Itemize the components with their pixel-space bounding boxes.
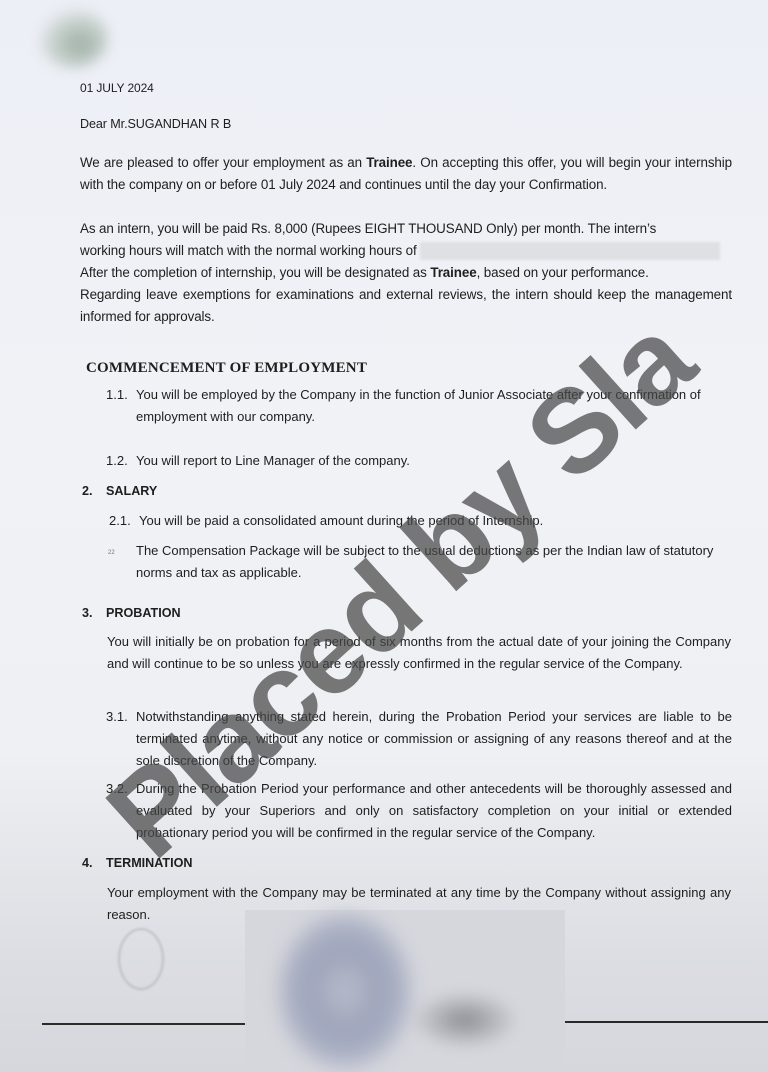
clause-text: Notwithstanding anything stated herein, … [136, 706, 732, 772]
role-name: Trainee [366, 155, 412, 170]
clause-text: During the Probation Period your perform… [136, 778, 732, 844]
working-hours-line: working hours will match with the normal… [80, 240, 732, 262]
signature-line-left [42, 1023, 246, 1025]
section-number: 4. [82, 856, 106, 870]
clause-number: 1.2. [106, 450, 128, 472]
section-heading-termination: 4.TERMINATION [82, 856, 193, 870]
section-heading-salary: 2.SALARY [82, 484, 157, 498]
designation-text-a: After the completion of internship, you … [80, 265, 430, 280]
clause-number: 2.1. [109, 510, 131, 532]
clause-3-2: 3.2. During the Probation Period your pe… [136, 778, 732, 844]
section-title: PROBATION [106, 606, 181, 620]
clause-number: 3.1. [106, 706, 128, 728]
designation-text-b: , based on your performance. [477, 265, 649, 280]
intro-paragraph: We are pleased to offer your employment … [80, 152, 732, 196]
clause-text-continued: norms and tax as applicable. [136, 562, 732, 584]
stipend-line: As an intern, you will be paid Rs. 8,000… [80, 218, 732, 240]
section-number: 2. [82, 484, 106, 498]
clause-number: 1.1. [106, 384, 128, 406]
salutation: Dear Mr.SUGANDHAN R B [80, 113, 231, 135]
probation-body: You will initially be on probation for a… [107, 631, 731, 675]
signature-line-right [560, 1021, 768, 1023]
clause-text: You will report to Line Manager of the c… [136, 450, 732, 472]
offer-letter-page: 01 JULY 2024 Dear Mr.SUGANDHAN R B We ar… [0, 0, 768, 1072]
letter-date: 01 JULY 2024 [80, 77, 154, 99]
clause-number: 3.2. [106, 778, 128, 800]
section-title: SALARY [106, 484, 157, 498]
clause-number: 22 [108, 542, 115, 564]
section-number: 3. [82, 606, 106, 620]
clause-2-2: 22 The Compensation Package will be subj… [136, 540, 732, 584]
clause-1-2: 1.2. You will report to Line Manager of … [136, 450, 732, 472]
company-logo-redacted [38, 8, 108, 68]
redacted-company-name [420, 242, 720, 260]
designation-role: Trainee [430, 265, 476, 280]
clause-text: The Compensation Package will be subject… [136, 540, 732, 562]
clause-2-1: 2.1. You will be paid a consolidated amo… [139, 510, 735, 532]
faint-seal-icon [118, 928, 164, 990]
section-title: TERMINATION [106, 856, 193, 870]
clause-1-1: 1.1. You will be employed by the Company… [136, 384, 732, 428]
working-hours-text: working hours will match with the normal… [80, 243, 417, 258]
stipend-paragraph: As an intern, you will be paid Rs. 8,000… [80, 218, 732, 328]
clause-text: You will be employed by the Company in t… [136, 384, 732, 406]
clause-3-1: 3.1. Notwithstanding anything stated her… [136, 706, 732, 772]
clause-text: You will be paid a consolidated amount d… [139, 510, 735, 532]
intro-text-a: We are pleased to offer your employment … [80, 155, 366, 170]
section-heading-probation: 3.PROBATION [82, 606, 181, 620]
designation-line: After the completion of internship, you … [80, 262, 732, 284]
section-title-commencement: COMMENCEMENT OF EMPLOYMENT [86, 360, 367, 377]
clause-text-continued: employment with our company. [136, 406, 732, 428]
company-stamp-redacted [245, 910, 565, 1072]
leave-exemption-text: Regarding leave exemptions for examinati… [80, 284, 732, 328]
